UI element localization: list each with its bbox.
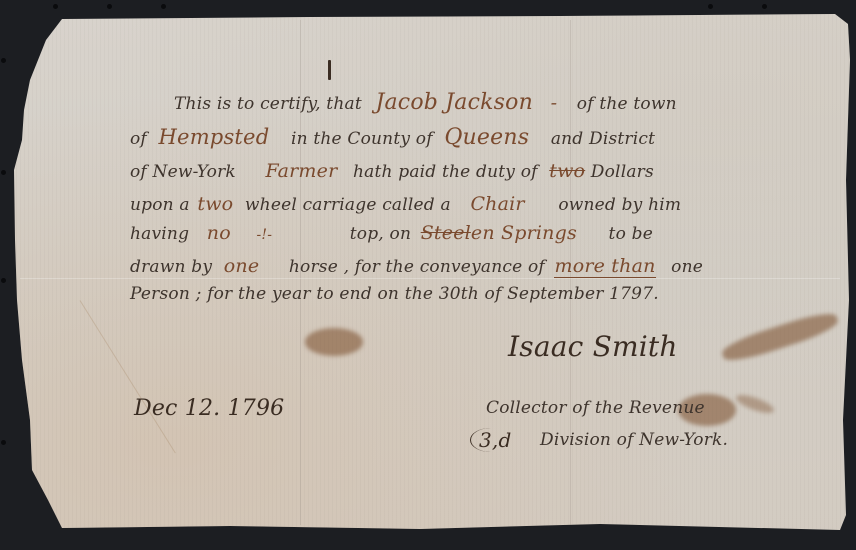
printed-text: top, on bbox=[350, 224, 411, 244]
binder-hole bbox=[762, 4, 767, 9]
text-line-1: This is to certify, that Jacob Jackson -… bbox=[174, 90, 677, 115]
printed-text: of New-York bbox=[130, 162, 236, 182]
binder-hole bbox=[708, 4, 713, 9]
springs-suffix: en Springs bbox=[471, 222, 577, 244]
printed-text: Dollars bbox=[591, 162, 654, 182]
text-line-5: having no -!- top, on Steelen Springs to… bbox=[130, 222, 653, 244]
springs-type: Steel bbox=[421, 222, 471, 244]
occupation: Farmer bbox=[266, 160, 338, 182]
county-name: Queens bbox=[444, 125, 529, 150]
ink-mark bbox=[328, 60, 331, 80]
binder-hole bbox=[1, 170, 6, 175]
duty-amount: two bbox=[549, 160, 585, 182]
printed-text: owned by him bbox=[558, 195, 681, 215]
binder-hole bbox=[1, 58, 6, 63]
carriage-type: Chair bbox=[470, 193, 524, 215]
ink-stain bbox=[720, 308, 841, 366]
printed-text: of bbox=[130, 129, 147, 149]
text-line-4: upon a two wheel carriage called a Chair… bbox=[130, 193, 681, 215]
printed-text: wheel carriage called a bbox=[245, 195, 451, 215]
printed-text: in the County of bbox=[291, 129, 433, 149]
collector-title: Collector of the Revenue bbox=[486, 398, 705, 418]
text-line-7: Person ; for the year to end on the 30th… bbox=[130, 284, 659, 304]
printed-text: having bbox=[130, 224, 189, 244]
persons-count: more than bbox=[554, 255, 655, 278]
wheel-count: two bbox=[197, 193, 233, 215]
horse-count: one bbox=[224, 255, 260, 277]
dash: - bbox=[551, 92, 558, 114]
printed-text: upon a bbox=[130, 195, 190, 215]
division-number: 3,d bbox=[470, 428, 512, 452]
binder-hole bbox=[1, 440, 6, 445]
document-paper: This is to certify, that Jacob Jackson -… bbox=[0, 0, 856, 550]
town-name: Hempsted bbox=[159, 125, 270, 149]
paper-crease bbox=[80, 300, 176, 453]
printed-text: Person ; for the year to end on the 30th… bbox=[130, 284, 659, 304]
blank-mark: -!- bbox=[256, 227, 272, 243]
printed-text: hath paid the duty of bbox=[353, 162, 538, 182]
binder-hole bbox=[161, 4, 166, 9]
printed-text: and District bbox=[551, 129, 655, 149]
text-line-6: drawn by one horse , for the conveyance … bbox=[130, 255, 703, 277]
printed-text: horse , for the conveyance of bbox=[289, 257, 545, 277]
printed-text: drawn by bbox=[130, 257, 212, 277]
ink-stain bbox=[734, 392, 776, 417]
binder-hole bbox=[53, 4, 58, 9]
printed-text: to be bbox=[609, 224, 653, 244]
holder-name: Jacob Jackson bbox=[375, 90, 532, 115]
printed-text: of the town bbox=[577, 94, 677, 114]
printed-text: This is to certify, that bbox=[174, 94, 362, 114]
binder-hole bbox=[107, 4, 112, 9]
division-text: Division of New-York. bbox=[540, 430, 728, 450]
text-line-3: of New-York Farmer hath paid the duty of… bbox=[130, 160, 654, 182]
binder-hole bbox=[1, 278, 6, 283]
printed-text: one bbox=[671, 257, 703, 277]
collector-signature: Isaac Smith bbox=[508, 330, 678, 363]
date-handwritten: Dec 12. 1796 bbox=[134, 396, 284, 421]
ink-stain bbox=[305, 328, 363, 356]
text-line-2: of Hempsted in the County of Queens and … bbox=[130, 125, 655, 150]
fold-line bbox=[20, 278, 840, 279]
top-type: no bbox=[207, 222, 231, 244]
